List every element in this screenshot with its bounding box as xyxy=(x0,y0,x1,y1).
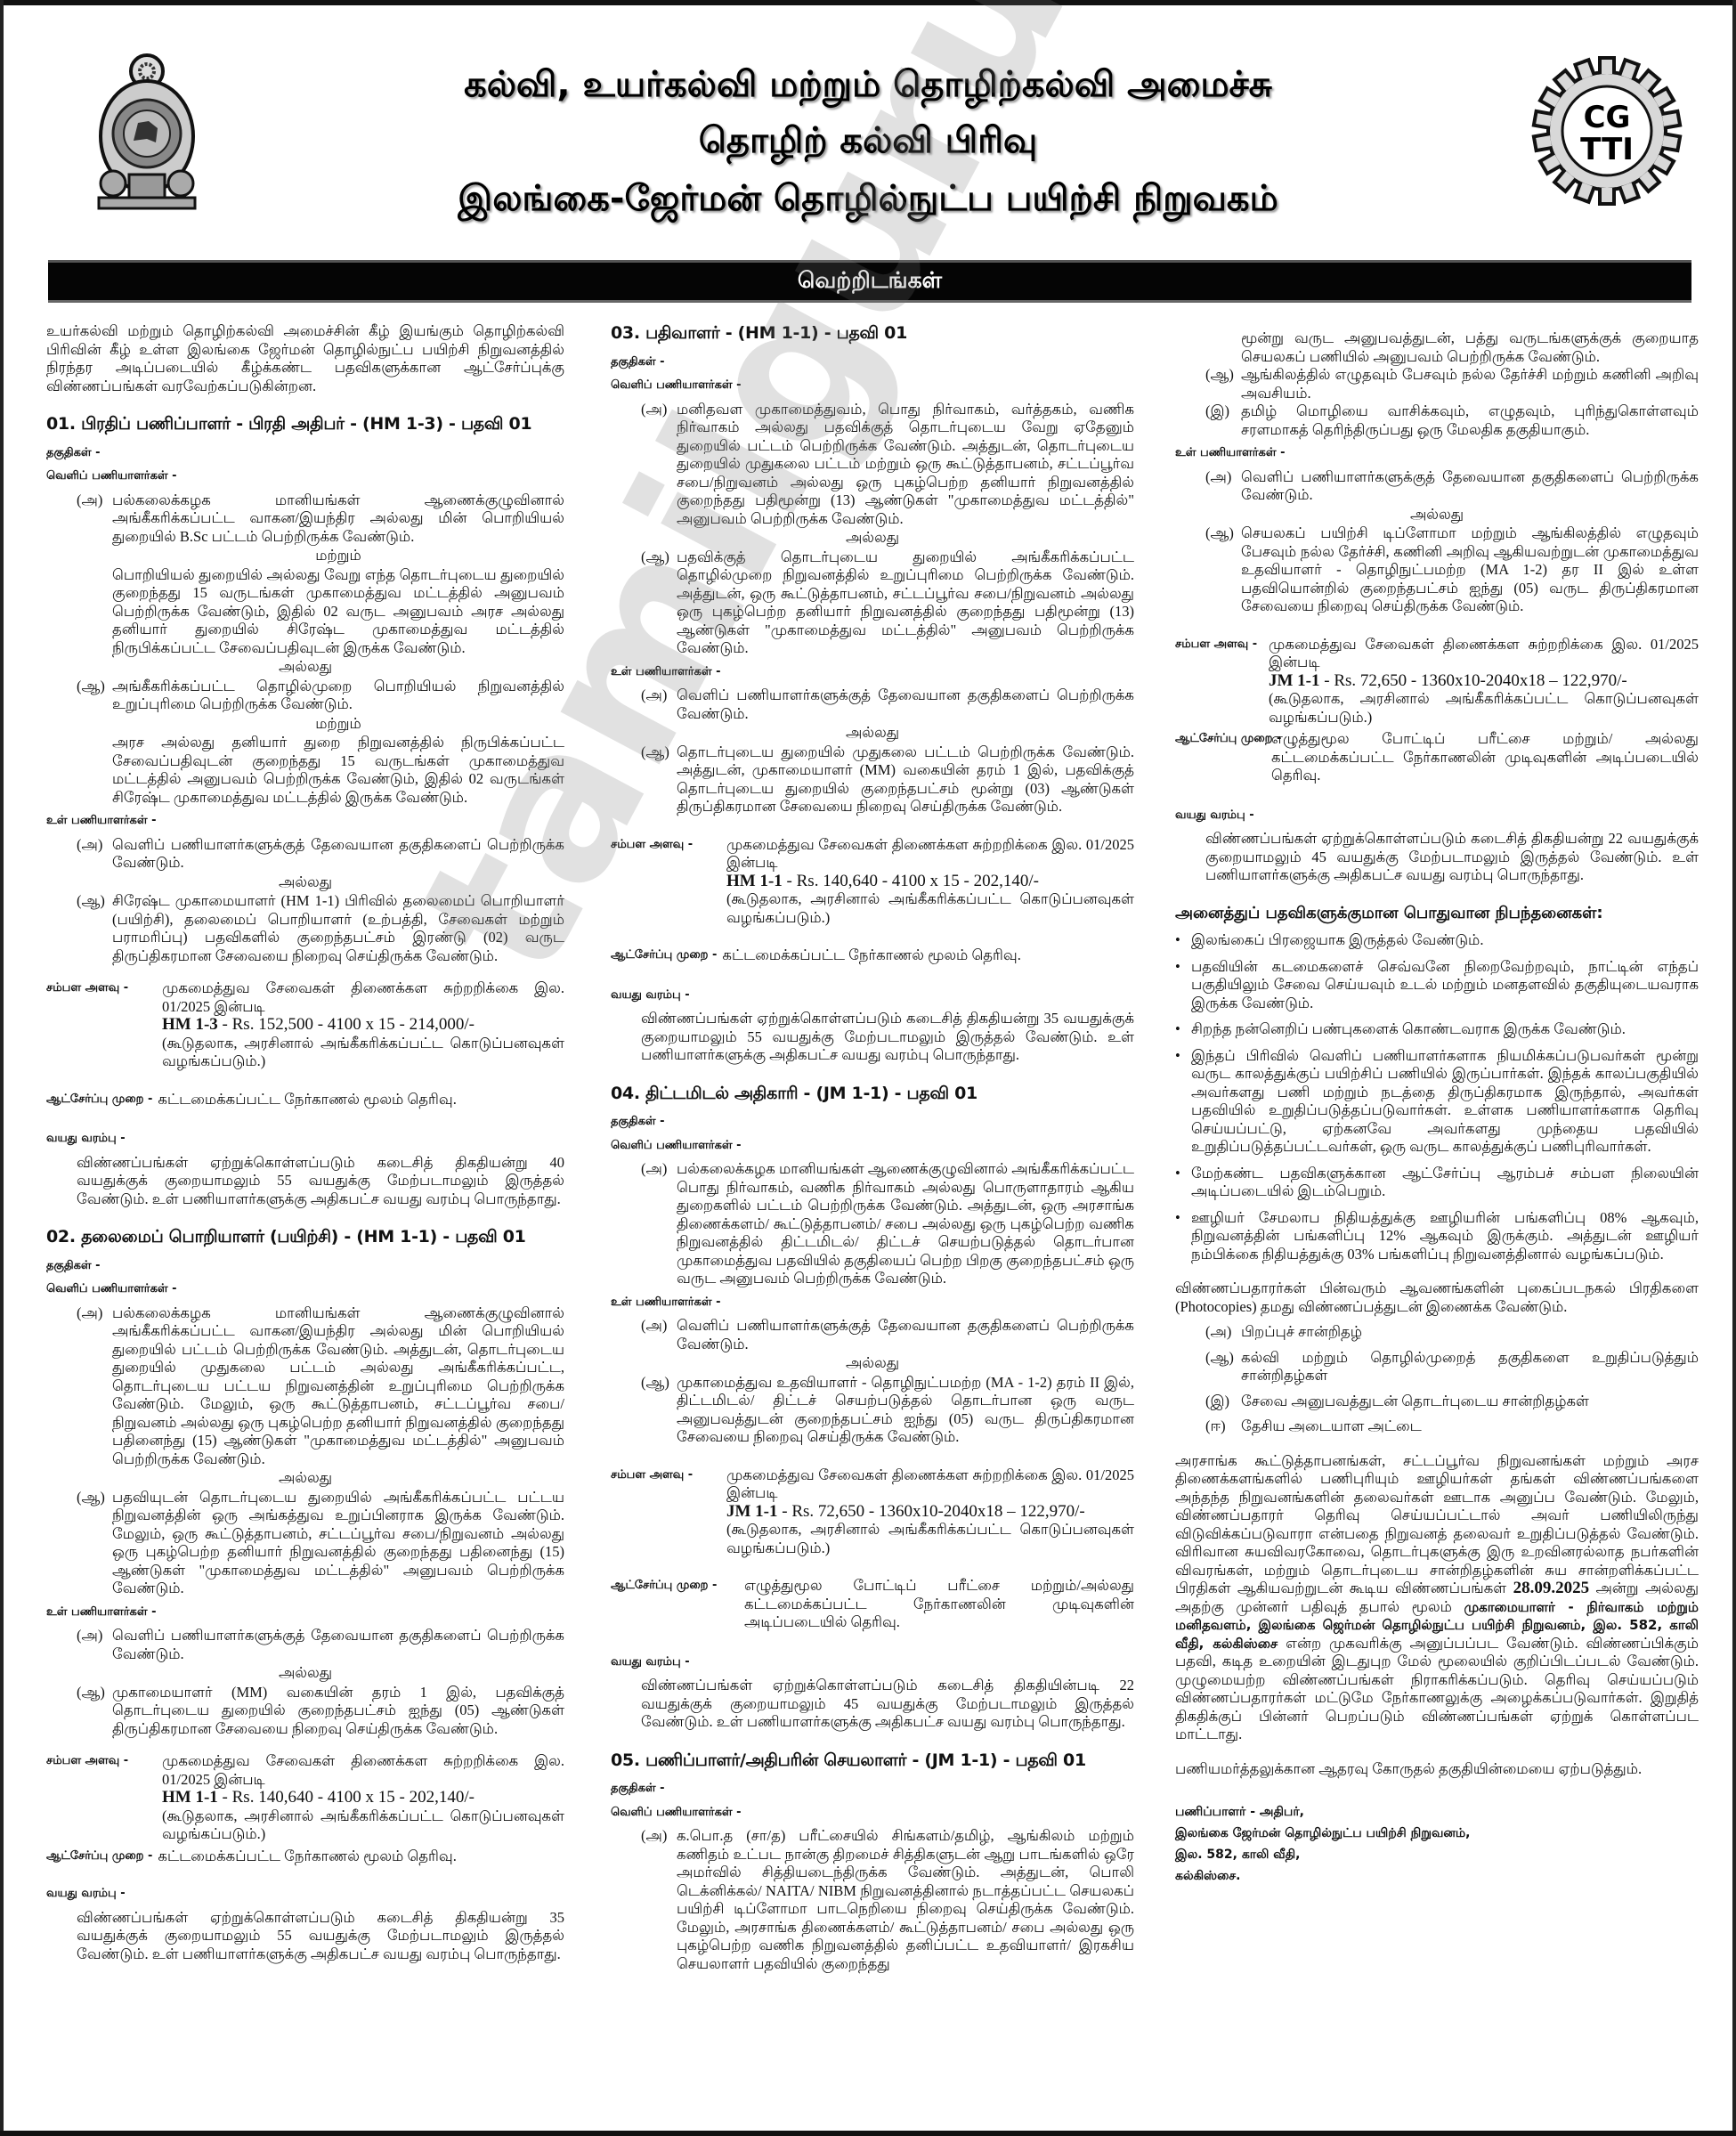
general-conditions: அனைத்துப் பதவிகளுக்குமான பொதுவான நிபந்தன… xyxy=(1175,905,1699,1888)
salary-row: சம்பள அளவு - முகமைத்துவ சேவைகள் திணைக்கள… xyxy=(46,1752,564,1844)
list-item: (அ) வெளிப் பணியாளர்களுக்குத் தேவையான தகு… xyxy=(1205,468,1699,505)
list-item: (அ) மனிதவள முகாமைத்துவம், பொது நிர்வாகம்… xyxy=(641,401,1134,529)
list-item: (ஆ) சிரேஷ்ட முகாமையாளர் (HM 1-1) பிரிவில… xyxy=(77,892,564,965)
list-item: (அ) பல்கலைக்கழக மானியங்கள் ஆணைக்குழுவினா… xyxy=(77,1304,564,1469)
signature-block: பணிப்பாளர் - அதிபர், இலங்கை ஜேர்மன் தொழி… xyxy=(1175,1801,1699,1887)
salary-row: சம்பள அளவு - முகமைத்துவ சேவைகள் திணைக்கள… xyxy=(611,1466,1134,1558)
list-item: (ஆ) பதவிக்குத் தொடர்புடைய துறையில் அங்கீ… xyxy=(641,548,1134,658)
deadline-date: 28.09.2025 xyxy=(1513,1579,1590,1597)
post-04: 04. திட்டமிடல் அதிகாரி - (JM 1-1) - பதவி… xyxy=(611,1084,1134,1732)
list-item: (ஆ) பதவியுடன் தொடர்புடைய துறையில் அங்கீக… xyxy=(77,1489,564,1598)
qualifications-label: தகுதிகள் - xyxy=(46,444,564,463)
post-title: 05. பணிப்பாளர்/அதிபரின் செயலாளர் - (JM 1… xyxy=(611,1751,1134,1770)
institute-title: இலங்கை-ஜேர்மன் தொழில்நுட்ப பயிற்சி நிறுவ… xyxy=(0,178,1736,223)
post-02: 02. தலைமைப் பொறியாளர் (பயிற்சி) - (HM 1-… xyxy=(46,1228,564,1963)
recruitment-row: ஆட்சேர்ப்பு முறை - எழுத்துமூல போட்டிப் ப… xyxy=(1175,730,1699,785)
list-item: (ஆ) தொடர்புடைய துறையில் முதுகலை பட்டம் ப… xyxy=(641,743,1134,816)
list-item: (ஆ) செயலகப் பயிற்சி டிப்ளோமா மற்றும் ஆங்… xyxy=(1205,524,1699,616)
division-title: தொழிற் கல்வி பிரிவு xyxy=(0,120,1736,166)
application-instructions: அரசாங்க கூட்டுத்தாபனங்கள், சட்டப்பூர்வ ந… xyxy=(1175,1452,1699,1744)
list-item: (அ) பல்கலைக்கழக மானியங்கள் ஆணைக்குழுவினா… xyxy=(77,491,564,658)
salary-row: சம்பள அளவு - முகமைத்துவ சேவைகள் திணைக்கள… xyxy=(611,836,1134,928)
condition-item: •இந்தப் பிரிவில் வெளிப் பணியாளர்களாக நிய… xyxy=(1175,1047,1699,1157)
recruitment-row: ஆட்சேர்ப்பு முறை - கட்டமைக்கப்பட்ட நேர்க… xyxy=(46,1848,564,1866)
column-2: 03. பதிவாளர் - (HM 1-1) - பதவி 01 தகுதிக… xyxy=(611,322,1134,1973)
list-item: மூன்று வருட அனுபவத்துடன், பத்து வருடங்கள… xyxy=(1205,329,1699,366)
age-label: வயது வரம்பு - xyxy=(46,1130,564,1149)
column-3: மூன்று வருட அனுபவத்துடன், பத்து வருடங்கள… xyxy=(1175,322,1699,1887)
post-title: 04. திட்டமிடல் அதிகாரி - (JM 1-1) - பதவி… xyxy=(611,1084,1134,1103)
list-item: (அ) வெளிப் பணியாளர்களுக்குத் தேவையான தகு… xyxy=(641,1317,1134,1353)
recruitment-row: ஆட்சேர்ப்பு முறை - எழுத்துமூல போட்டிப் ப… xyxy=(611,1577,1134,1632)
list-item: (ஆ) முகாமையாளர் (MM) வகையின் தரம் 1 இல்,… xyxy=(77,1684,564,1739)
cgtti-gear-logo-icon: CG TTI xyxy=(1531,55,1683,207)
recruitment-row: ஆட்சேர்ப்பு முறை - கட்டமைக்கப்பட்ட நேர்க… xyxy=(46,1091,564,1109)
post-01: 01. பிரதிப் பணிப்பாளர் - பிரதி அதிபர் - … xyxy=(46,415,564,1208)
documents-intro: விண்ணப்பதாரர்கள் பின்வரும் ஆவணங்களின் பு… xyxy=(1175,1279,1699,1316)
vacancies-banner: வெற்றிடங்கள் xyxy=(48,260,1691,303)
list-item: (ஆ) ஆங்கிலத்தில் எழுதவும் பேசவும் நல்ல த… xyxy=(1205,366,1699,402)
post-03: 03. பதிவாளர் - (HM 1-1) - பதவி 01 தகுதிக… xyxy=(611,324,1134,1065)
column-1: உயர்கல்வி மற்றும் தொழிற்கல்வி அமைச்சின் … xyxy=(46,322,564,1963)
svg-text:TTI: TTI xyxy=(1580,132,1634,167)
internal-label: உள் பணியாளர்கள் - xyxy=(46,812,564,831)
salary-row: சம்பள அளவு - முகமைத்துவ சேவைகள் திணைக்கள… xyxy=(46,979,564,1071)
post-05: 05. பணிப்பாளர்/அதிபரின் செயலாளர் - (JM 1… xyxy=(611,1751,1134,1974)
condition-item: •மேற்கண்ட பதவிகளுக்கான ஆட்சேர்ப்பு ஆரம்ப… xyxy=(1175,1165,1699,1201)
condition-item: •இலங்கைப் பிரஜையாக இருத்தல் வேண்டும். xyxy=(1175,931,1699,950)
document-item: (இ)சேவை அனுபவத்துடன் தொடர்புடைய சான்றிதழ… xyxy=(1205,1393,1699,1411)
list-item: (ஆ) அங்கீகரிக்கப்பட்ட தொழில்முறை பொறியிய… xyxy=(77,678,564,808)
document-item: (ஈ)தேசிய அடையாள அட்டை xyxy=(1205,1417,1699,1436)
recruitment-row: ஆட்சேர்ப்பு முறை - கட்டமைக்கப்பட்ட நேர்க… xyxy=(611,946,1134,965)
condition-item: •பதவியின் கடமைகளைச் செவ்வனே நிறைவேற்றவும… xyxy=(1175,958,1699,1013)
post-05-continued: மூன்று வருட அனுபவத்துடன், பத்து வருடங்கள… xyxy=(1175,329,1699,885)
intro-paragraph: உயர்கல்வி மற்றும் தொழிற்கல்வி அமைச்சின் … xyxy=(46,322,564,395)
right-border xyxy=(1732,0,1736,2136)
ministry-title: கல்வி, உயர்கல்வி மற்றும் தொழிற்கல்வி அமை… xyxy=(0,64,1736,110)
list-item: (ஆ) முகாமைத்துவ உதவியாளர் - தொழிநுட்பமற்… xyxy=(641,1374,1134,1447)
age-text: விண்ணப்பங்கள் ஏற்றுக்கொள்ளப்படும் கடைசித… xyxy=(77,1154,564,1209)
vacancies-heading: வெற்றிடங்கள் xyxy=(798,267,942,296)
document-item: (ஆ)கல்வி மற்றும் தொழில்முறைத் தகுதிகளை உ… xyxy=(1205,1349,1699,1385)
external-label: வெளிப் பணியாளர்கள் - xyxy=(46,467,564,486)
document-item: (அ)பிறப்புச் சான்றிதழ் xyxy=(1205,1323,1699,1342)
post-title: 02. தலைமைப் பொறியாளர் (பயிற்சி) - (HM 1-… xyxy=(46,1228,564,1247)
list-item: (அ) க.பொ.த (சா/த) பரீட்சையில் சிங்களம்/த… xyxy=(641,1827,1134,1973)
list-item: (இ) தமிழ் மொழியை வாசிக்கவும், எழுதவும், … xyxy=(1205,402,1699,439)
canvassing-note: பணியமர்த்தலுக்கான ஆதரவு கோருதல் தகுதியின… xyxy=(1175,1760,1699,1779)
condition-item: •ஊழியர் சேமலாப நிதியத்துக்கு ஊழியரின் பங… xyxy=(1175,1209,1699,1264)
post-title: 01. பிரதிப் பணிப்பாளர் - பிரதி அதிபர் - … xyxy=(46,415,564,434)
list-item: (அ) பல்கலைக்கழக மானியங்கள் ஆணைக்குழுவினா… xyxy=(641,1160,1134,1288)
bottom-border xyxy=(0,2131,1736,2136)
svg-text:CG: CG xyxy=(1584,100,1631,135)
condition-item: •சிறந்த நன்னெறிப் பண்புகளைக் கொண்டவராக இ… xyxy=(1175,1020,1699,1039)
post-title: 03. பதிவாளர் - (HM 1-1) - பதவி 01 xyxy=(611,324,1134,343)
list-item: (அ) வெளிப் பணியாளர்களுக்குத் தேவையான தகு… xyxy=(77,836,564,873)
left-border xyxy=(0,0,4,2136)
list-item: (அ) வெளிப் பணியாளர்களுக்குத் தேவையான தகு… xyxy=(641,686,1134,723)
header: கல்வி, உயர்கல்வி மற்றும் தொழிற்கல்வி அமை… xyxy=(0,0,1736,258)
salary-row: சம்பள அளவு - முகமைத்துவ சேவைகள் திணைக்கள… xyxy=(1175,636,1699,727)
general-conditions-title: அனைத்துப் பதவிகளுக்குமான பொதுவான நிபந்தன… xyxy=(1175,905,1699,923)
list-item: (அ) வெளிப் பணியாளர்களுக்குத் தேவையான தகு… xyxy=(77,1627,564,1663)
